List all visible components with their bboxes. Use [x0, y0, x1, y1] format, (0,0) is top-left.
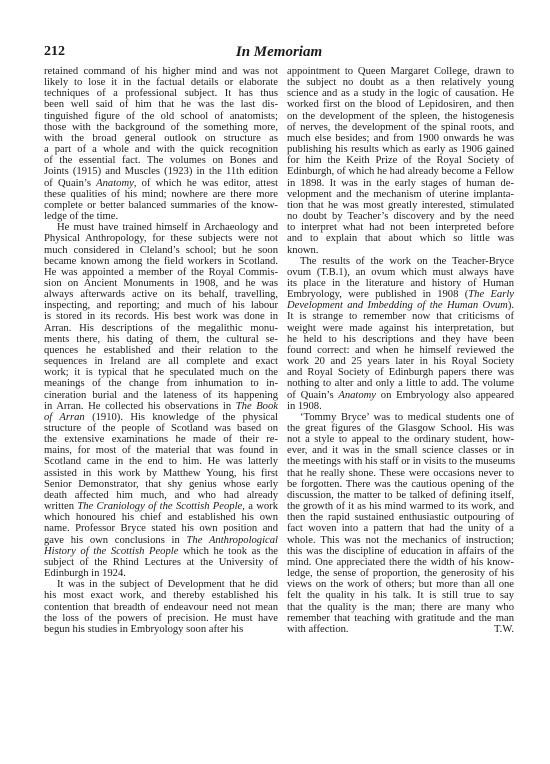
text-line: whole. This was not the mechanics of ins… [287, 535, 514, 546]
text-line: contention that breadth of endeavour nee… [44, 602, 278, 613]
text-line: death affected him much, and who had alr… [44, 490, 278, 501]
text-line: Scotland came in the end to him. He was … [44, 456, 278, 467]
text-line: the extensive examinations he made of th… [44, 434, 278, 445]
text-line: with the broad general outlook on struct… [44, 133, 278, 144]
text-line: cineration burial and the lateness of it… [44, 390, 278, 401]
text-line: work 20 and 25 years later in his Royal … [287, 356, 514, 367]
text-line: likely to lose it in the factual details… [44, 77, 278, 88]
text-line: ledge, the sense of proportion, the gene… [287, 568, 514, 579]
text-line: name. Professor Bryce stated his own pos… [44, 523, 278, 534]
text-line: It is strange to remember now that criti… [287, 311, 514, 322]
text-line: of Quain’s Anatomy on Embryology also ap… [287, 390, 514, 401]
text-line: which honoured his chief and established… [44, 512, 278, 523]
text-line: Edinburgh in 1924. [44, 568, 278, 579]
text-line: the meetings with his staff or in visits… [287, 456, 514, 467]
text-line: discussion, the matter to be talked of d… [287, 490, 514, 501]
text-line: written The Craniology of the Scottish P… [44, 501, 278, 512]
text-line: ever, and it was in the small science cl… [287, 445, 514, 456]
text-line: complete or better balanced summaries of… [44, 200, 278, 211]
text-line: much else besides; and from 1900 onwards… [287, 133, 514, 144]
text-line: is stored in its records. His best work … [44, 311, 278, 322]
text-line: subject of the Rhind Lectures at the Uni… [44, 557, 278, 568]
text-line: Arran. His descriptions of the megalithi… [44, 323, 278, 334]
text-line: the loss of the powers of precision. He … [44, 613, 278, 624]
text-line: It was in the subject of Development tha… [44, 579, 278, 590]
text-line: ments there, his dating of them, the cul… [44, 334, 278, 345]
text-line: The results of the work on the Teacher-B… [287, 256, 514, 267]
text-line: Physical Anthropology, for these subject… [44, 233, 278, 244]
left-text-column: retained command of his higher mind and … [44, 66, 278, 635]
text-line: retained command of his higher mind and … [44, 66, 278, 77]
text-line: velopment and the mechanism of uterine i… [287, 189, 514, 200]
text-line: for him the Keith Prize of the Royal Soc… [287, 155, 514, 166]
running-title: In Memoriam [44, 44, 514, 61]
text-line: in Arran. He collected his observations … [44, 401, 278, 412]
text-line: Senior Demonstrator, that shy genius who… [44, 479, 278, 490]
text-line: its place in the literature and history … [287, 278, 514, 289]
text-line: of nerves, the development of the spinal… [287, 122, 514, 133]
text-line: on the development of the spleen, the hi… [287, 111, 514, 122]
text-line: those with the background of the somethi… [44, 122, 278, 133]
text-line: He was appointed a member of the Royal C… [44, 267, 278, 278]
text-line: ‘Tommy Bryce’ was to medical students on… [287, 412, 514, 423]
text-line: nothing to alter and only a little to ad… [287, 378, 514, 389]
text-line: the growth of it as his mind warmed to i… [287, 501, 514, 512]
right-text-column: appointment to Queen Margaret College, d… [287, 66, 514, 635]
text-line: begun his studies in Embryology soon aft… [44, 624, 278, 635]
text-line: in 1898. It was in the early stages of h… [287, 178, 514, 189]
text-line: appointment to Queen Margaret College, d… [287, 66, 514, 77]
text-line: weight were made against his interpretat… [287, 323, 514, 334]
text-line: felt the quality in his talk. It is stil… [287, 590, 514, 601]
text-line: work; it is typical that he speculated m… [44, 367, 278, 378]
text-line: much considered in Cleland’s school; but… [44, 245, 278, 256]
text-line: he held to his descriptions and they hav… [287, 334, 514, 345]
text-line: always afterwards active on its behalf, … [44, 289, 278, 300]
text-line: tion that he was most greatly interested… [287, 200, 514, 211]
text-line: techniques of a professional subject. It… [44, 88, 278, 99]
text-line: that the quality is the man; there are m… [287, 602, 514, 613]
text-line: of Quain’s Anatomy, of which he was edit… [44, 178, 278, 189]
text-line: ovum (T.B.1), an ovum which must always … [287, 267, 514, 278]
text-line: mains, for most of the material that was… [44, 445, 278, 456]
text-line: views on the work of others; but more th… [287, 579, 514, 590]
text-line: Embryology, were published in 1908 (The … [287, 289, 514, 300]
document-page: 212 In Memoriam retained command of his … [0, 0, 550, 764]
text-line: not a style to appeal to the ordinary st… [287, 434, 514, 445]
text-line: He must have trained himself in Archaeol… [44, 222, 278, 233]
text-line: and to explain that about which so littl… [287, 233, 514, 244]
text-line: History of the Scottish People which he … [44, 546, 278, 557]
text-line: to interpret what had not been interpret… [287, 222, 514, 233]
text-line: and Royal Society of Edinburgh papers th… [287, 367, 514, 378]
text-line: a part of a whole and with the quick rec… [44, 144, 278, 155]
text-line: gave his own conclusions in The Anthropo… [44, 535, 278, 546]
text-line: Development and Imbedding of the Human O… [287, 300, 514, 311]
text-line: science and as a study in the logic of c… [287, 88, 514, 99]
text-line: meanings of the change from inhumation t… [44, 378, 278, 389]
text-line: be forgotten. There was the cautious ope… [287, 479, 514, 490]
text-line: sion on Ancient Monuments in 1908, and h… [44, 278, 278, 289]
text-line: Joints (1915) and Muscles (1923) in the … [44, 166, 278, 177]
text-line: inspecting, and reporting; and much of h… [44, 300, 278, 311]
text-line: structure of the people of Scotland was … [44, 423, 278, 434]
text-line: found correct: and when he himself revie… [287, 345, 514, 356]
text-line: these qualities of his mind; nowhere are… [44, 189, 278, 200]
text-line: remember that teaching with gratitude an… [287, 613, 514, 624]
page-header: 212 In Memoriam [44, 44, 514, 60]
text-line: tinguished figure of the old school of a… [44, 111, 278, 122]
text-line: of Arran (1910). His knowledge of the ph… [44, 412, 278, 423]
text-line: sequences in Ireland are all complete an… [44, 356, 278, 367]
text-line: the great figures of the Glasgow School.… [287, 423, 514, 434]
text-line: ledge of the time. [44, 211, 278, 222]
text-line: quences he established and their relatio… [44, 345, 278, 356]
text-line: with affection.T.W. [287, 624, 514, 635]
text-line: no doubt by Teacher’s discovery and by t… [287, 211, 514, 222]
text-line: in 1908. [287, 401, 514, 412]
text-line: then the rapid sustained enthusiastic ou… [287, 512, 514, 523]
text-line: publishing his results which as early as… [287, 144, 514, 155]
text-line: mind. One appreciated there the width of… [287, 557, 514, 568]
text-line: assisted in this work by Matthew Young, … [44, 468, 278, 479]
text-line: fact woven into a pattern that had the u… [287, 523, 514, 534]
text-line: of the essential fact. The volumes on Bo… [44, 155, 278, 166]
text-line: the subject no doubt as a then relativel… [287, 77, 514, 88]
text-line: his most exact work, and thereby establi… [44, 590, 278, 601]
text-line: known. [287, 245, 514, 256]
text-line: this was the discipline of education in … [287, 546, 514, 557]
author-signature: T.W. [494, 624, 514, 635]
text-line: Edinburgh, of which he had already becom… [287, 166, 514, 177]
text-line: worked first on the blood of Lepidosiren… [287, 99, 514, 110]
text-line: that he really shone. These were occasio… [287, 468, 514, 479]
text-line: became known among the field workers in … [44, 256, 278, 267]
text-line: been well said of him that he was the la… [44, 99, 278, 110]
